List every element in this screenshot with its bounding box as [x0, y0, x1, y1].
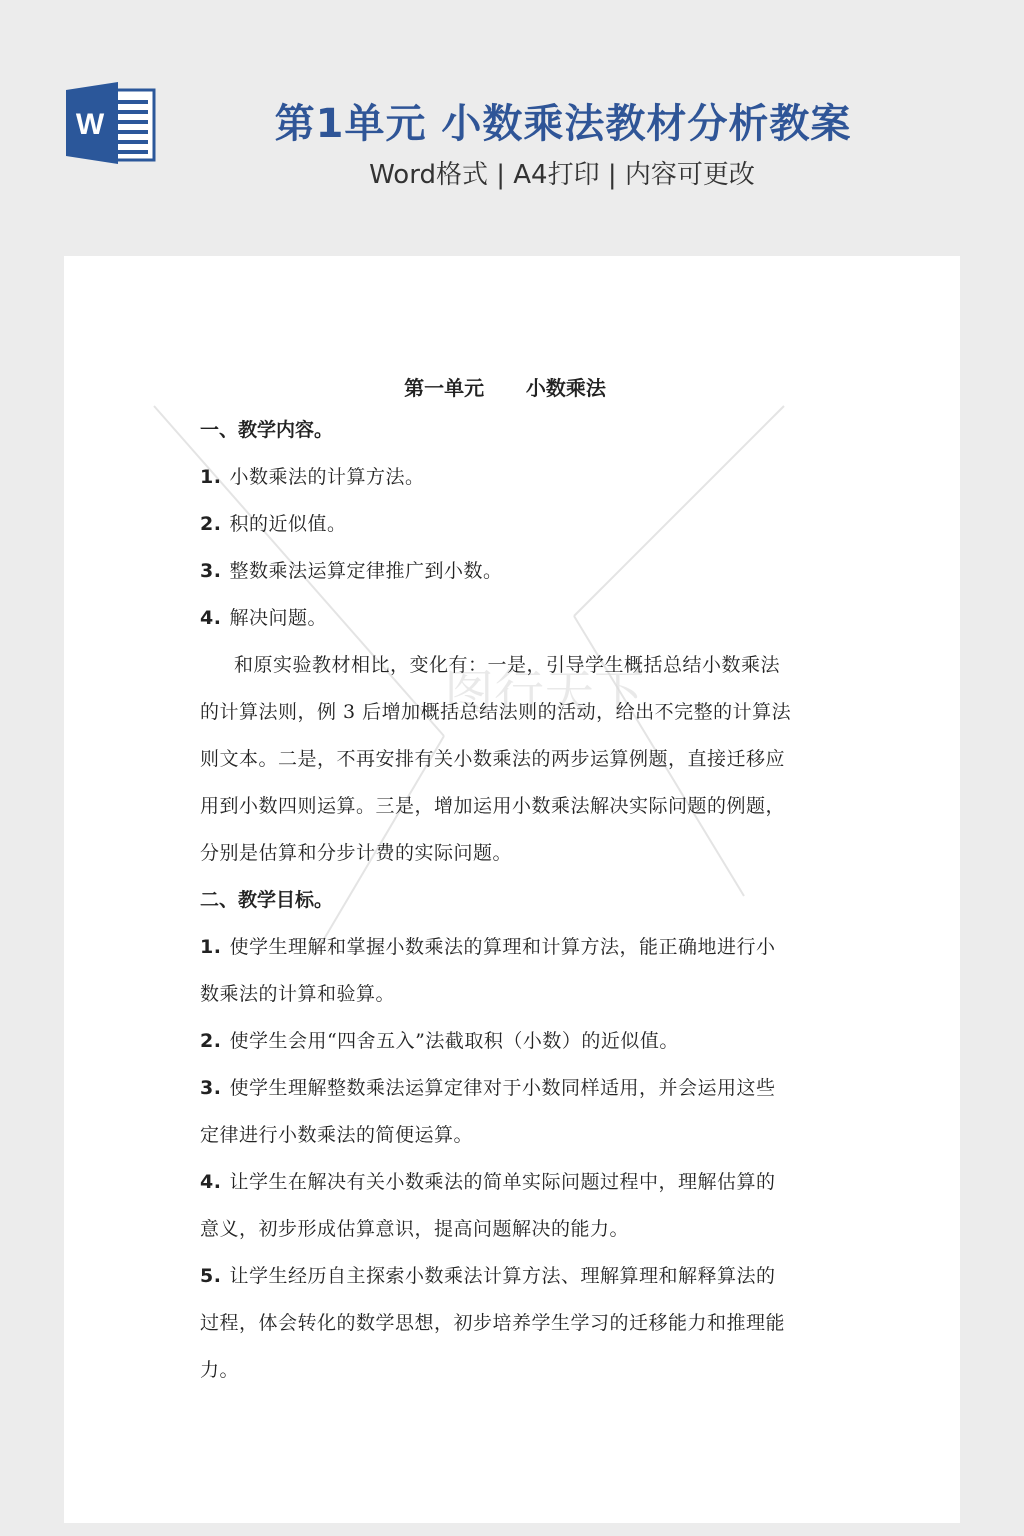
- list-item: 4.让学生在解决有关小数乘法的简单实际问题过程中，理解估算的 意义，初步形成估算…: [200, 1162, 830, 1256]
- document-title: 第一单元 小数乘法: [180, 370, 830, 410]
- list-item: 3.使学生理解整数乘法运算定律对于小数同样适用，并会运用这些 定律进行小数乘法的…: [200, 1068, 830, 1162]
- list-item: 4.解决问题。: [200, 598, 830, 645]
- section-heading-content: 一、教学内容。: [200, 410, 830, 457]
- paragraph-changes: 和原实验教材相比，变化有：一是，引导学生概括总结小数乘法 的计算法则，例 3 后…: [200, 645, 830, 880]
- document-body: 第一单元 小数乘法 一、教学内容。 1.小数乘法的计算方法。 2.积的近似值。 …: [200, 370, 830, 1397]
- list-item: 2.积的近似值。: [200, 504, 830, 551]
- list-item: 3.整数乘法运算定律推广到小数。: [200, 551, 830, 598]
- list-item: 2.使学生会用“四舍五入”法截取积（小数）的近似值。: [200, 1021, 830, 1068]
- list-item: 5.让学生经历自主探索小数乘法计算方法、理解算理和解释算法的 过程，体会转化的数…: [200, 1256, 830, 1397]
- section-heading-goals: 二、教学目标。: [200, 880, 830, 927]
- list-item: 1.使学生理解和掌握小数乘法的算理和计算方法，能正确地进行小 数乘法的计算和验算…: [200, 927, 830, 1021]
- list-item: 1.小数乘法的计算方法。: [200, 457, 830, 504]
- page-title: 第1单元 小数乘法教材分析教案: [0, 92, 1024, 149]
- page-subtitle: Word格式 | A4打印 | 内容可更改: [0, 154, 1024, 191]
